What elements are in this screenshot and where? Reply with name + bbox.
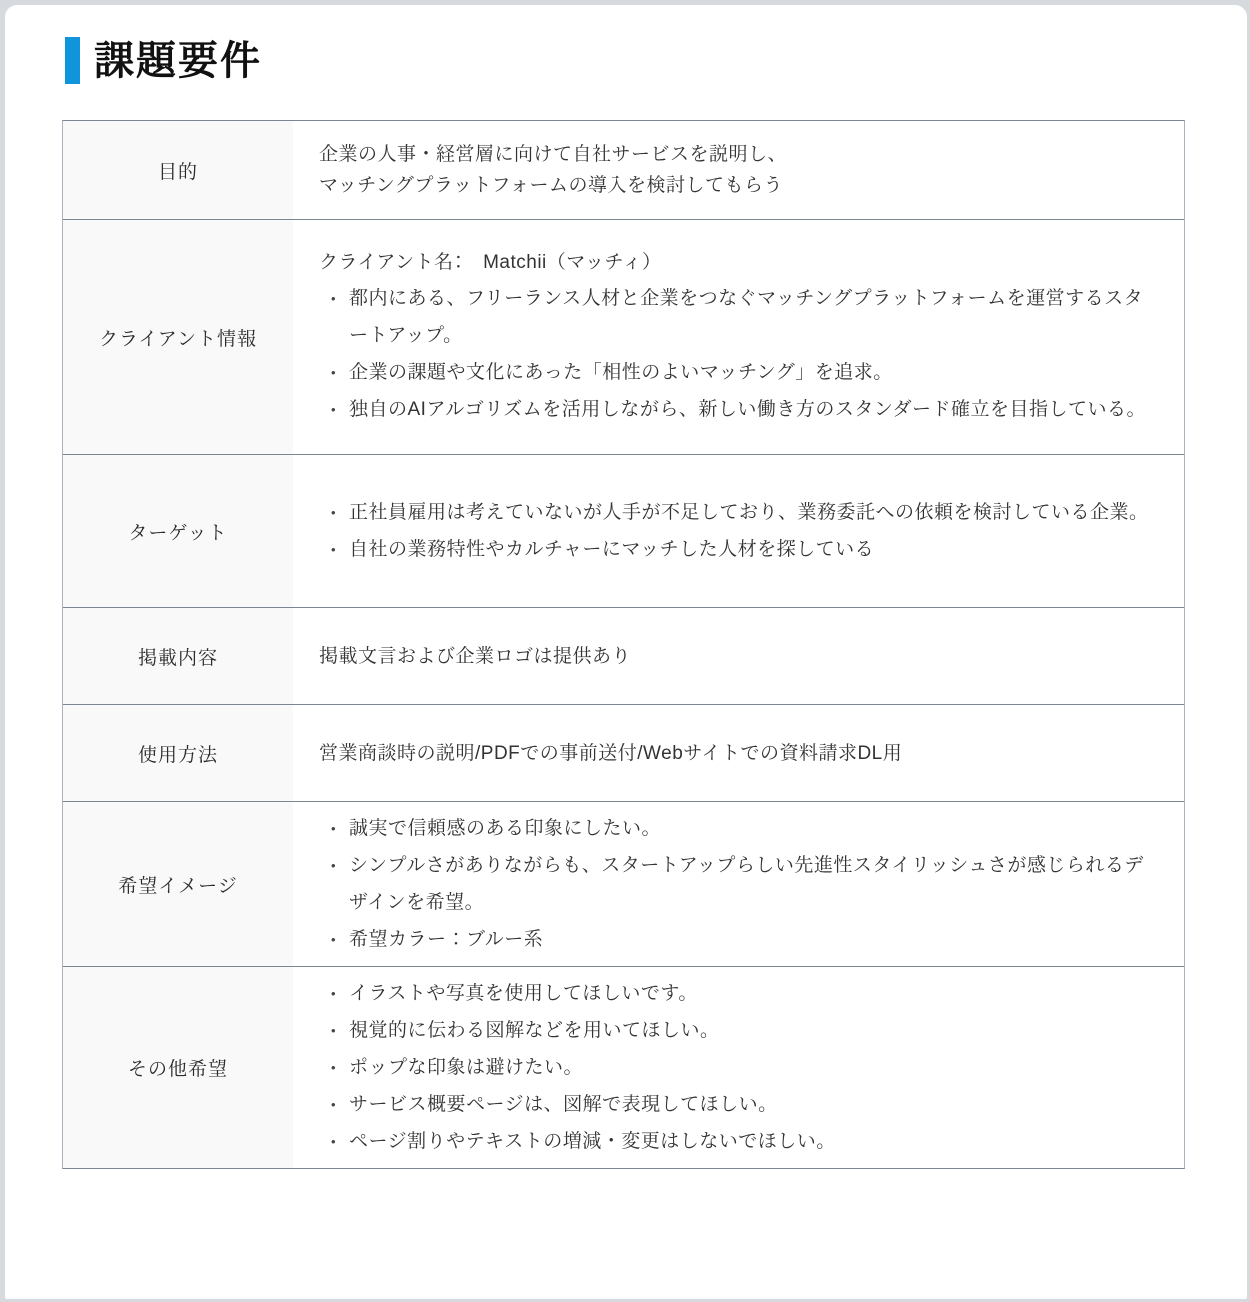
bullet-item: 自社の業務特性やカルチャーにマッチした人材を探している bbox=[319, 531, 1154, 568]
table-row: 希望イメージ 誠実で信頼感のある印象にしたい。シンプルさがありながらも、スタート… bbox=[63, 801, 1184, 966]
row-text-line: 営業商談時の説明/PDFでの事前送付/Webサイトでの資料請求DL用 bbox=[319, 738, 1154, 769]
bullet-item: 視覚的に伝わる図解などを用いてほしい。 bbox=[319, 1012, 1154, 1049]
table-row: 使用方法 営業商談時の説明/PDFでの事前送付/Webサイトでの資料請求DL用 bbox=[63, 704, 1184, 801]
table-row: 掲載内容 掲載文言および企業ロゴは提供あり bbox=[63, 607, 1184, 704]
row-content: 営業商談時の説明/PDFでの事前送付/Webサイトでの資料請求DL用 bbox=[293, 705, 1184, 801]
row-intro-text: クライアント名： Matchii（マッチィ） bbox=[319, 246, 1154, 280]
row-text-line: マッチングプラットフォームの導入を検討してもらう bbox=[319, 170, 1154, 201]
table-row: 目的 企業の人事・経営層に向けて自社サービスを説明し、マッチングプラットフォーム… bbox=[63, 121, 1184, 219]
table-row: ターゲット 正社員雇用は考えていないが人手が不足しており、業務委託への依頼を検討… bbox=[63, 454, 1184, 607]
row-content: 誠実で信頼感のある印象にしたい。シンプルさがありながらも、スタートアップらしい先… bbox=[293, 802, 1184, 966]
row-content: 掲載文言および企業ロゴは提供あり bbox=[293, 608, 1184, 704]
row-label: その他希望 bbox=[63, 967, 293, 1168]
row-label: クライアント情報 bbox=[63, 220, 293, 454]
section-heading: 課題要件 bbox=[65, 37, 1247, 84]
bullet-item: シンプルさがありながらも、スタートアップらしい先進性スタイリッシュさが感じられる… bbox=[319, 847, 1154, 921]
row-text-line: 掲載文言および企業ロゴは提供あり bbox=[319, 641, 1154, 672]
bullet-item: 企業の課題や文化にあった「相性のよいマッチング」を追求。 bbox=[319, 354, 1154, 391]
row-label: 目的 bbox=[63, 121, 293, 219]
row-label: ターゲット bbox=[63, 455, 293, 607]
row-content: 正社員雇用は考えていないが人手が不足しており、業務委託への依頼を検討している企業… bbox=[293, 455, 1184, 607]
bullet-list: イラストや写真を使用してほしいです。視覚的に伝わる図解などを用いてほしい。ポップ… bbox=[319, 975, 1154, 1160]
bullet-item: 誠実で信頼感のある印象にしたい。 bbox=[319, 810, 1154, 847]
bullet-item: 希望カラー：ブルー系 bbox=[319, 921, 1154, 958]
bullet-list: 誠実で信頼感のある印象にしたい。シンプルさがありながらも、スタートアップらしい先… bbox=[319, 810, 1154, 958]
document-card: 課題要件 目的 企業の人事・経営層に向けて自社サービスを説明し、マッチングプラッ… bbox=[5, 5, 1247, 1299]
bullet-list: 都内にある、フリーランス人材と企業をつなぐマッチングプラットフォームを運営するス… bbox=[319, 280, 1154, 428]
row-text-line: 企業の人事・経営層に向けて自社サービスを説明し、 bbox=[319, 139, 1154, 170]
bullet-list: 正社員雇用は考えていないが人手が不足しており、業務委託への依頼を検討している企業… bbox=[319, 494, 1154, 568]
bullet-item: イラストや写真を使用してほしいです。 bbox=[319, 975, 1154, 1012]
table-row: その他希望 イラストや写真を使用してほしいです。視覚的に伝わる図解などを用いてほ… bbox=[63, 966, 1184, 1168]
row-content: クライアント名： Matchii（マッチィ）都内にある、フリーランス人材と企業を… bbox=[293, 220, 1184, 454]
row-label: 使用方法 bbox=[63, 705, 293, 801]
page-title: 課題要件 bbox=[94, 39, 262, 83]
row-content: イラストや写真を使用してほしいです。視覚的に伝わる図解などを用いてほしい。ポップ… bbox=[293, 967, 1184, 1168]
requirements-table: 目的 企業の人事・経営層に向けて自社サービスを説明し、マッチングプラットフォーム… bbox=[62, 120, 1185, 1169]
row-label: 掲載内容 bbox=[63, 608, 293, 704]
bullet-item: 正社員雇用は考えていないが人手が不足しており、業務委託への依頼を検討している企業… bbox=[319, 494, 1154, 531]
table-row: クライアント情報 クライアント名： Matchii（マッチィ）都内にある、フリー… bbox=[63, 219, 1184, 454]
bullet-item: ページ割りやテキストの増減・変更はしないでほしい。 bbox=[319, 1123, 1154, 1160]
bullet-item: 都内にある、フリーランス人材と企業をつなぐマッチングプラットフォームを運営するス… bbox=[319, 280, 1154, 354]
title-accent-bar bbox=[65, 37, 80, 84]
page: { "page": { "title": "課題要件", "accent_col… bbox=[0, 0, 1250, 1302]
bullet-item: ポップな印象は避けたい。 bbox=[319, 1049, 1154, 1086]
row-label: 希望イメージ bbox=[63, 802, 293, 966]
row-content: 企業の人事・経営層に向けて自社サービスを説明し、マッチングプラットフォームの導入… bbox=[293, 121, 1184, 219]
bullet-item: サービス概要ページは、図解で表現してほしい。 bbox=[319, 1086, 1154, 1123]
bullet-item: 独自のAIアルゴリズムを活用しながら、新しい働き方のスタンダード確立を目指してい… bbox=[319, 391, 1154, 428]
